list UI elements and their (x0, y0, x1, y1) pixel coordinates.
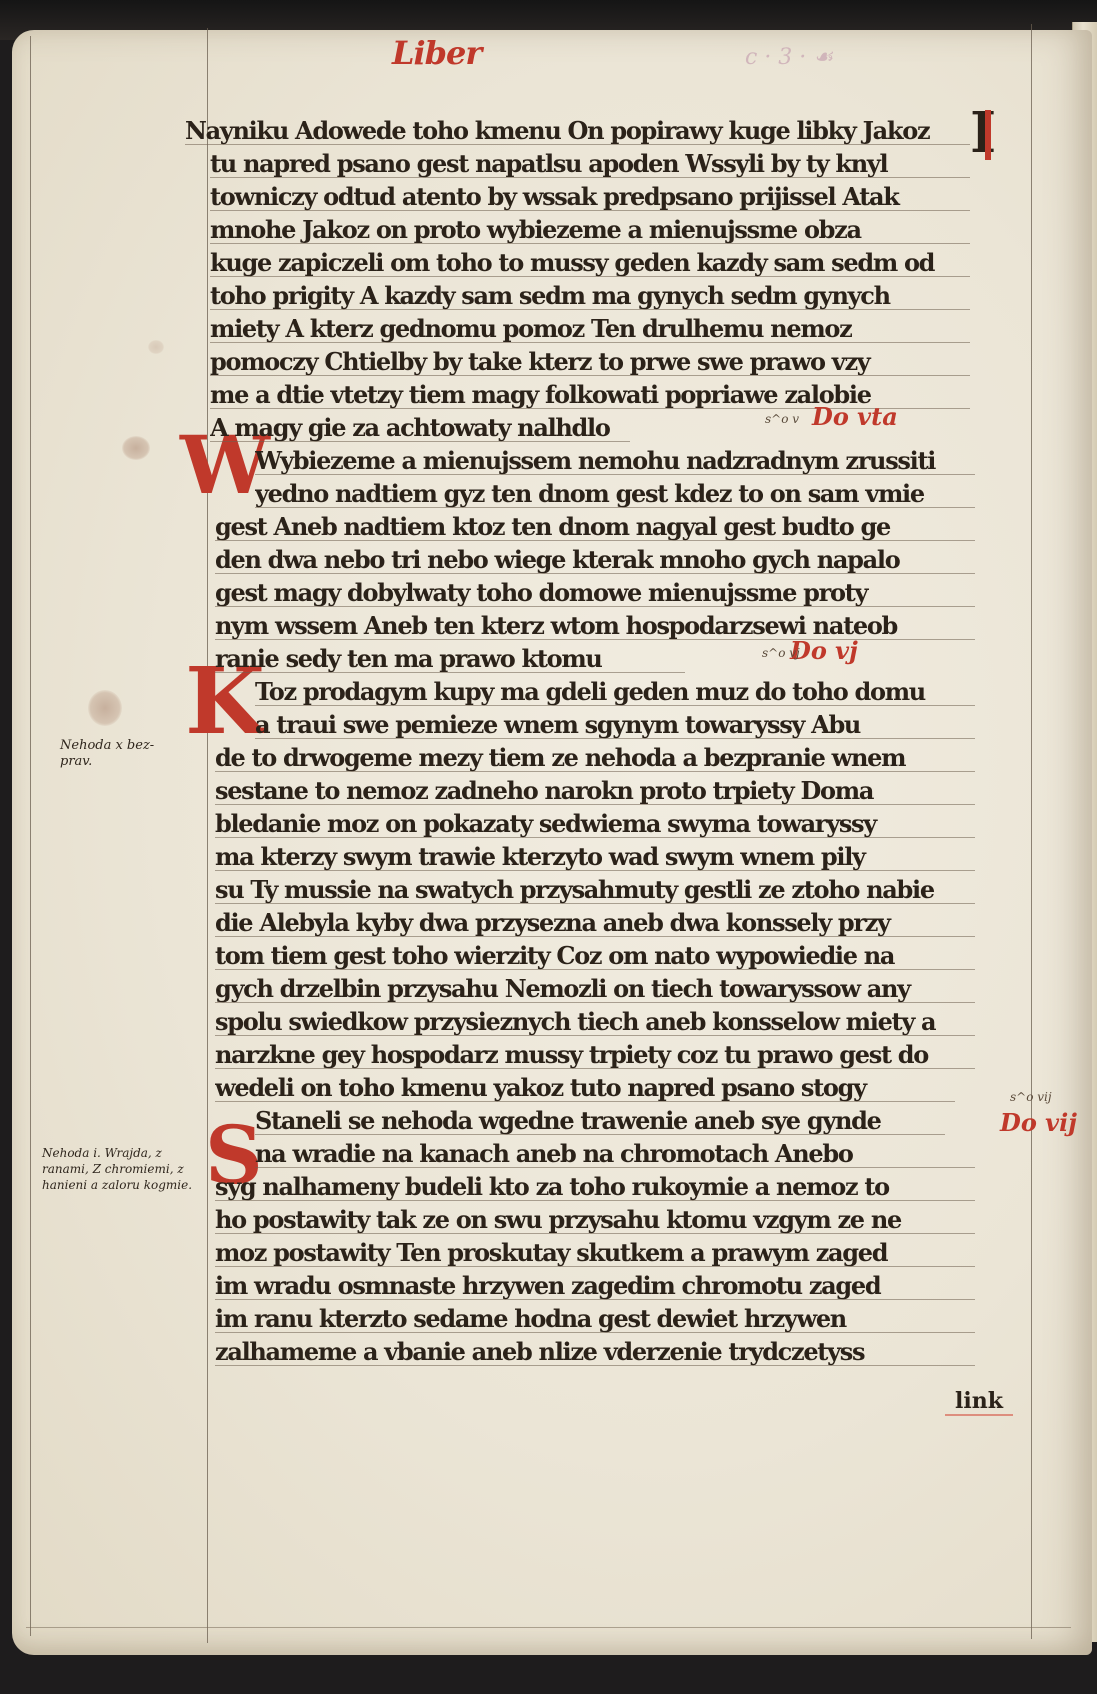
library-stamp: c · 3 · ☙ (745, 45, 915, 85)
text-line: syg nalhameny budeli kto za toho rukoymi… (215, 1171, 975, 1203)
text-line: ma kterzy swym trawie kterzyto wad swym … (215, 841, 975, 873)
section-note: s^o vij (1010, 1090, 1052, 1104)
text-line: ranie sedy ten ma prawo ktomu (215, 643, 685, 675)
stain (88, 690, 122, 726)
text-line: nym wssem Aneb ten kterz wtom hospodarzs… (215, 610, 975, 642)
marginal-note: Nehoda x bez- prav. (60, 738, 190, 770)
chapter-ref: Do vj (790, 636, 858, 665)
text-line: im wradu osmnaste hrzywen zagedim chromo… (215, 1270, 975, 1302)
text-line: bledanie moz on pokazaty sedwiema swyma … (215, 808, 975, 840)
text-line: gest Aneb nadtiem ktoz ten dnom nagyal g… (215, 511, 975, 543)
text-line: Toz prodagym kupy ma gdeli geden muz do … (255, 676, 975, 708)
text-line: mnohe Jakoz on proto wybiezeme a mienujs… (210, 214, 970, 246)
left-margin-rule (30, 36, 31, 1636)
text-line: tom tiem gest toho wierzity Coz om nato … (215, 940, 975, 972)
text-line: spolu swiedkow przysieznych tiech aneb k… (215, 1006, 975, 1038)
text-line: na wradie na kanach aneb na chromotach A… (255, 1138, 975, 1170)
section-note: s^o v (765, 412, 799, 426)
chapter-ref: Do vij (1000, 1108, 1077, 1137)
text-line: de to drwogeme mezy tiem ze nehoda a bez… (215, 742, 975, 774)
text-line: pomoczy Chtielby by take kterz to prwe s… (210, 346, 970, 378)
stain (122, 436, 150, 460)
text-line: A magy gie za achtowaty nalhdlo (210, 412, 630, 444)
text-line: im ranu kterzto sedame hodna gest dewiet… (215, 1303, 975, 1335)
marginal-note: Nehoda i. Wrajda, z ranami, Z chromiemi,… (42, 1145, 202, 1193)
text-line: su Ty mussie na swatych przysahmuty gest… (215, 874, 975, 906)
text-line: die Alebyla kyby dwa przysezna aneb dwa … (215, 907, 975, 939)
text-line: sestane to nemoz zadneho narokn proto tr… (215, 775, 975, 807)
text-block-left-rule (207, 28, 208, 1643)
text-line: narzkne gey hospodarz mussy trpiety coz … (215, 1039, 975, 1071)
text-line: towniczy odtud atento by wssak predpsano… (210, 181, 970, 213)
initial-I: I (970, 100, 996, 166)
text-line: Wybiezeme a mienujssem nemohu nadzradnym… (255, 445, 975, 477)
text-line: moz postawity Ten proskutay skutkem a pr… (215, 1237, 975, 1269)
stain (148, 340, 164, 354)
text-line: Staneli se nehoda wgedne trawenie aneb s… (255, 1105, 945, 1137)
chapter-ref: Do vta (812, 402, 898, 431)
text-line: toho prigity A kazdy sam sedm ma gynych … (210, 280, 970, 312)
text-block-right-rule (1031, 24, 1032, 1639)
text-line: gych drzelbin przysahu Nemozli on tiech … (215, 973, 975, 1005)
text-line: kuge zapiczeli om toho to mussy geden ka… (210, 247, 970, 279)
text-line: a traui swe pemieze wnem sgynym towaryss… (255, 709, 975, 741)
text-line: zalhameme a vbanie aneb nlize vderzenie … (215, 1336, 975, 1368)
text-line: tu napred psano gest napatlsu apoden Wss… (210, 148, 970, 180)
running-head: Liber (392, 34, 481, 72)
text-line: ho postawity tak ze on swu przysahu ktom… (215, 1204, 975, 1236)
section-note: s^o vj (762, 646, 800, 660)
text-line: gest magy dobylwaty toho domowe mienujss… (215, 577, 975, 609)
text-line: den dwa nebo tri nebo wiege kterak mnoho… (215, 544, 975, 576)
bottom-rule (26, 1627, 1071, 1628)
text-line: Nayniku Adowede toho kmenu On popirawy k… (185, 115, 970, 147)
text-line: yedno nadtiem gyz ten dnom gest kdez to … (255, 478, 975, 510)
text-line: miety A kterz gednomu pomoz Ten drulhemu… (210, 313, 970, 345)
text-line: wedeli on toho kmenu yakoz tuto napred p… (215, 1072, 955, 1104)
catchword: link (955, 1388, 1003, 1414)
